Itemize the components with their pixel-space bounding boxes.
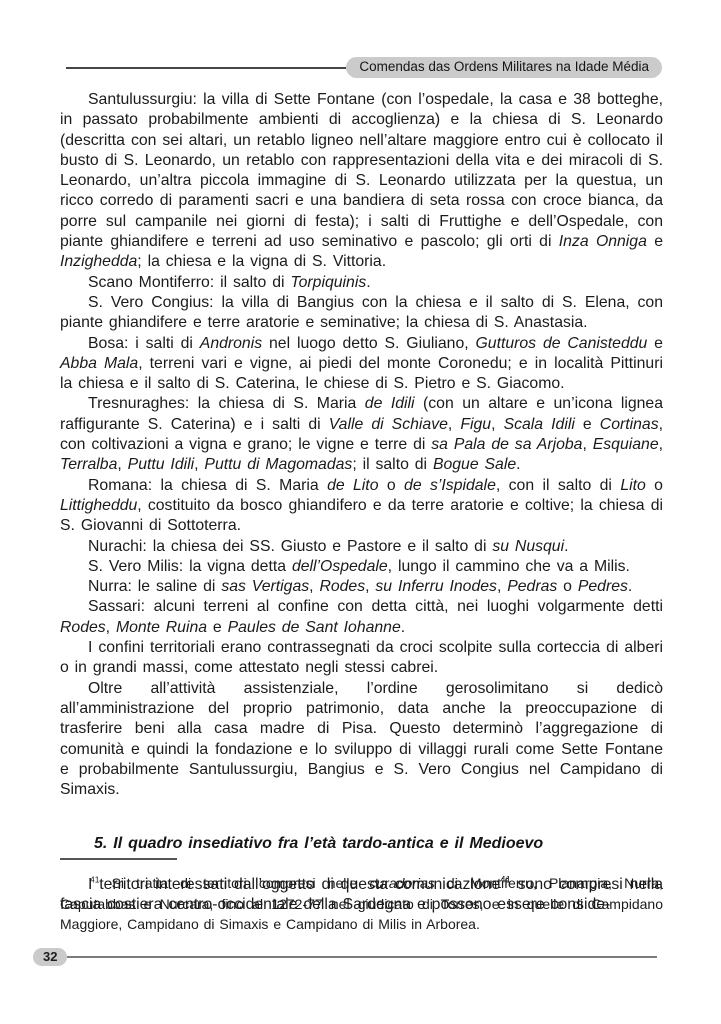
- footnote-block: 41 Si tratta di territori compresi nelle…: [60, 858, 663, 935]
- paragraph: Sassari: alcuni terreni al confine con d…: [60, 597, 663, 638]
- text-run: .: [366, 274, 370, 291]
- text-run: Andronis: [200, 335, 262, 352]
- text-run: Romana: la chiesa di S. Maria: [88, 477, 327, 494]
- text-run: Tresnuraghes: la chiesa di S. Maria: [88, 395, 365, 412]
- paragraph: Tresnuraghes: la chiesa di S. Maria de I…: [60, 394, 663, 475]
- text-run: sas Vertigas: [221, 578, 309, 595]
- text-run: ,: [309, 578, 319, 595]
- text-run: Puttu di Magomadas: [204, 456, 352, 473]
- section-heading: 5. Il quadro insediativo fra l’età tardo…: [60, 834, 663, 854]
- text-run: e: [647, 233, 663, 250]
- text-run: ,: [659, 436, 663, 453]
- text-run: .: [401, 619, 405, 636]
- page-number-badge: 32: [33, 948, 67, 966]
- paragraph: S. Vero Milis: la vigna detta dell’Osped…: [60, 557, 663, 577]
- text-run: .: [516, 456, 520, 473]
- text-run: ; la chiesa e la vigna di S. Vittoria.: [137, 253, 386, 270]
- text-run: Paules de Sant Iohanne: [228, 619, 401, 636]
- header-rule: [66, 67, 346, 69]
- text-run: Sassari: alcuni terreni al confine con d…: [88, 598, 663, 615]
- text-run: Terralba: [60, 456, 117, 473]
- text-run: , costituito da bosco ghiandifero e da t…: [60, 497, 663, 534]
- text-run: e: [647, 335, 663, 352]
- text-run: Abba Mala: [60, 355, 138, 372]
- text-run: Torpiquinis: [290, 274, 366, 291]
- text-run: de s’Ispidale: [404, 477, 496, 494]
- paragraph: Santulussurgiu: la villa di Sette Fontan…: [60, 90, 663, 273]
- running-title-badge: Comendas das Ordens Militares na Idade M…: [346, 57, 662, 78]
- text-run: Oltre all’attività assistenziale, l’ordi…: [60, 680, 663, 798]
- text-run: Pedres: [578, 578, 628, 595]
- text-run: ,: [365, 578, 375, 595]
- text-run: Esquiane: [593, 436, 659, 453]
- text-run: Rodes: [60, 619, 106, 636]
- footer-rule: [67, 956, 657, 958]
- text-run: Si tratta di territori compresi nelle: [99, 875, 369, 891]
- text-run: Figu: [460, 416, 491, 433]
- paragraph: Scano Montiferro: il salto di Torpiquini…: [60, 273, 663, 293]
- text-run: Puttu Idili: [128, 456, 194, 473]
- text-run: ,: [491, 416, 503, 433]
- text-run: , terreni vari e vigne, ai piedi del mon…: [60, 355, 663, 392]
- text-run: Monte Ruina: [116, 619, 207, 636]
- text-run: , con il salto di: [496, 477, 620, 494]
- text-run: Bosa: i salti di: [88, 335, 200, 352]
- text-run: e: [575, 416, 600, 433]
- text-run: Santulussurgiu: la villa di Sette Fontan…: [60, 91, 663, 250]
- text-run: su Inferru Inodes: [375, 578, 497, 595]
- text-run: .: [628, 578, 632, 595]
- text-run: Gutturos de Canisteddu: [476, 335, 648, 352]
- text-run: Cortinas: [600, 416, 659, 433]
- text-run: ,: [117, 456, 127, 473]
- text-run: Nurachi: la chiesa dei SS. Giusto e Past…: [88, 538, 492, 555]
- paragraph: I confini territoriali erano contrassegn…: [60, 638, 663, 679]
- page-footer: 32: [33, 946, 657, 967]
- text-run: Nurra: le saline di: [88, 578, 221, 595]
- text-run: sa Pala de sa Arjoba: [431, 436, 582, 453]
- paragraph: S. Vero Congius: la villa di Bangius con…: [60, 293, 663, 334]
- paragraph: Nurachi: la chiesa dei SS. Giusto e Past…: [60, 537, 663, 557]
- text-run: ; il salto di: [352, 456, 433, 473]
- text-run: su Nusqui: [492, 538, 564, 555]
- body-paragraphs: Santulussurgiu: la villa di Sette Fontan…: [60, 90, 663, 800]
- paragraph: Bosa: i salti di Andronis nel luogo dett…: [60, 334, 663, 395]
- text-run: nel luogo detto S. Giuliano,: [262, 335, 475, 352]
- document-page: Comendas das Ordens Militares na Idade M…: [0, 0, 721, 1024]
- text-run: ,: [194, 456, 204, 473]
- text-run: dell’Ospedale: [292, 558, 388, 575]
- paragraph: Oltre all’attività assistenziale, l’ordi…: [60, 679, 663, 801]
- text-run: ,: [106, 619, 116, 636]
- footnote-rule: [60, 858, 177, 860]
- text-run: S. Vero Milis: la vigna detta: [88, 558, 292, 575]
- text-run: .: [564, 538, 568, 555]
- text-run: I confini territoriali erano contrassegn…: [60, 639, 663, 676]
- text-run: Bogue Sale: [433, 456, 516, 473]
- text-run: Scano Montiferro: il salto di: [88, 274, 290, 291]
- text-run: o: [378, 477, 404, 494]
- text-run: de Lito: [327, 477, 378, 494]
- text-run: Rodes: [319, 578, 365, 595]
- text-run: Pedras: [507, 578, 557, 595]
- footnote-text: 41 Si tratta di territori compresi nelle…: [60, 873, 663, 935]
- text-run: o: [646, 477, 663, 494]
- page-body: Santulussurgiu: la villa di Sette Fontan…: [60, 90, 663, 915]
- text-run: Littigheddu: [60, 497, 137, 514]
- text-run: Scala Idili: [504, 416, 575, 433]
- text-run: ,: [497, 578, 507, 595]
- paragraph: Nurra: le saline di sas Vertigas, Rodes,…: [60, 577, 663, 597]
- text-run: Inza Onniga: [559, 233, 647, 250]
- text-run: Valle di Schiave: [329, 416, 448, 433]
- text-run: Inzighedda: [60, 253, 137, 270]
- page-header: Comendas das Ordens Militares na Idade M…: [66, 56, 662, 79]
- text-run: , lungo il cammino che va a Milis.: [388, 558, 630, 575]
- text-run: ,: [448, 416, 460, 433]
- text-run: o: [557, 578, 578, 595]
- text-run: Lito: [620, 477, 645, 494]
- text-run: curadorias: [369, 875, 434, 891]
- paragraph: Romana: la chiesa di S. Maria de Lito o …: [60, 476, 663, 537]
- text-run: de Idili: [365, 395, 415, 412]
- text-run: e: [207, 619, 228, 636]
- text-run: S. Vero Congius: la villa di Bangius con…: [60, 294, 663, 331]
- text-run: ,: [582, 436, 592, 453]
